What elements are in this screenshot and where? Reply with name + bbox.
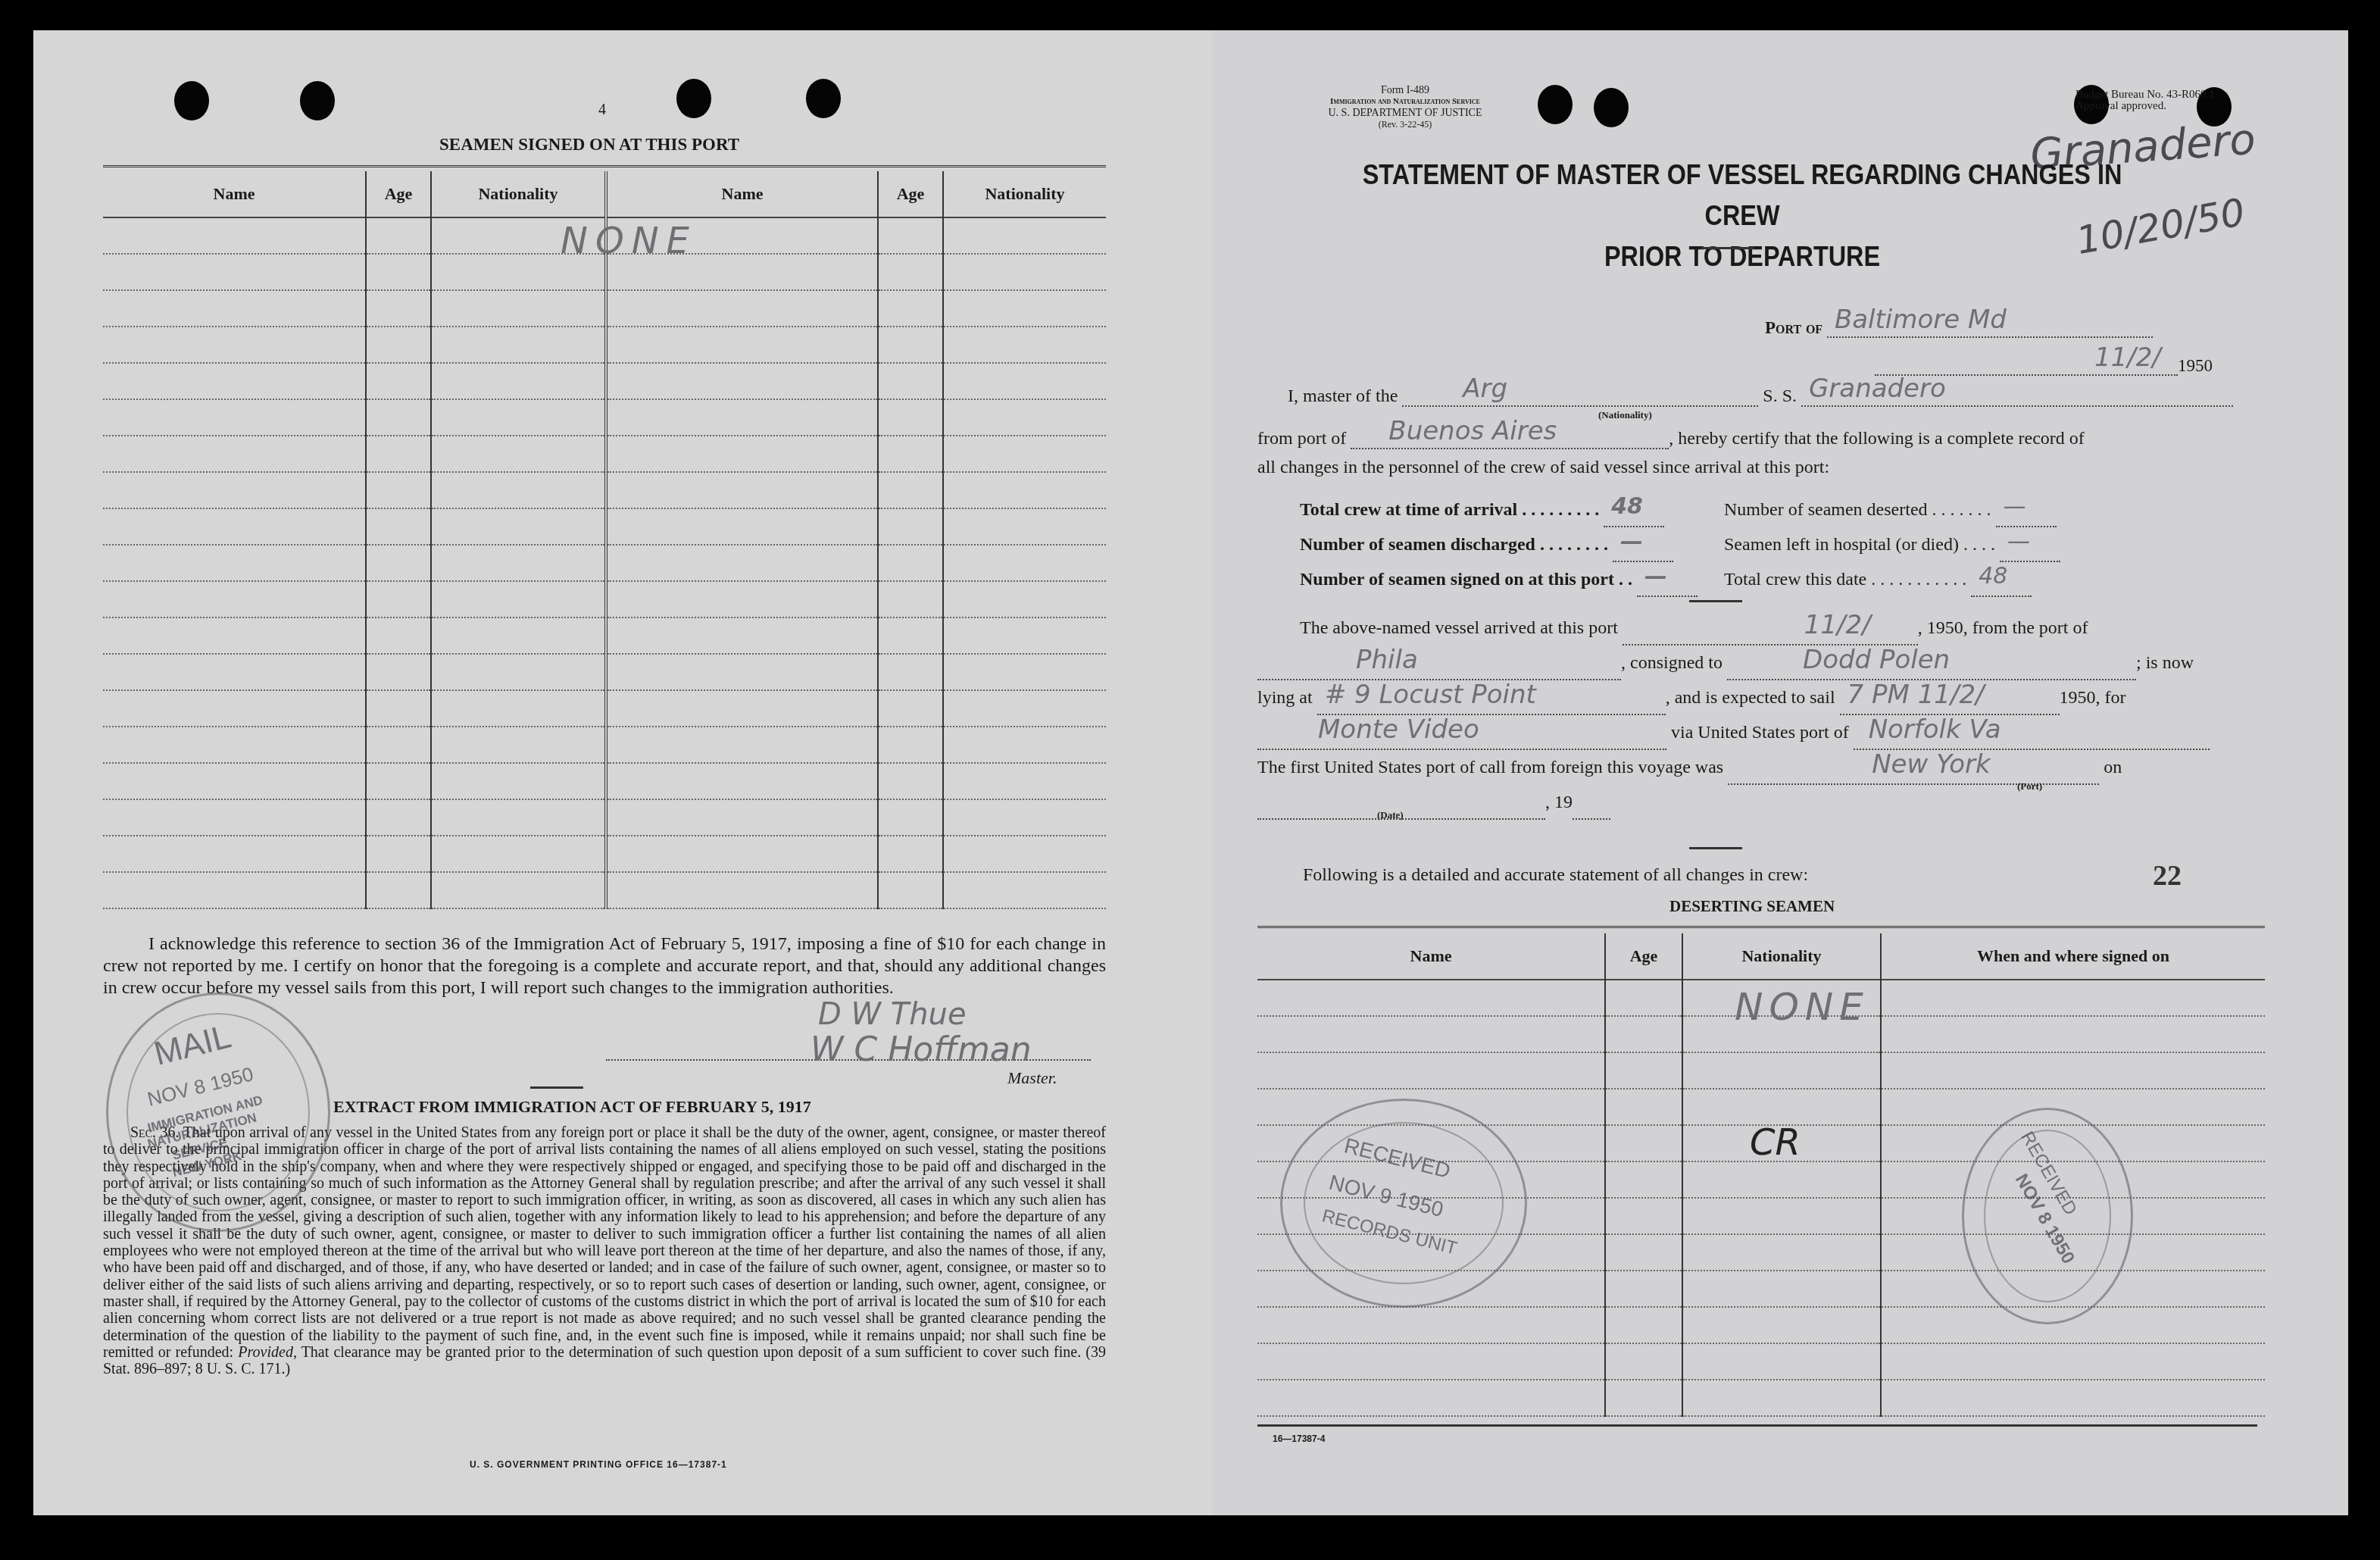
from-port-line: from port of Buenos Aires, hereby certif… — [1257, 429, 2085, 449]
table-row — [1257, 1380, 2265, 1416]
table-row — [103, 763, 1106, 799]
handwritten-none: NONE — [1735, 985, 1869, 1029]
sail-date-value: 7 PM 11/2/ — [1847, 677, 1985, 712]
table-cell[interactable] — [1682, 1234, 1881, 1271]
for-label: , for — [2096, 688, 2126, 708]
table-cell[interactable] — [878, 327, 943, 363]
table-row — [103, 508, 1106, 545]
table-cell[interactable] — [1257, 1016, 1605, 1052]
stat-label: Seamen left in hospital (or died) . . . … — [1724, 535, 1995, 555]
form-title-line1: STATEMENT OF MASTER OF VESSEL REGARDING … — [1326, 155, 2158, 236]
column-header-age: Age — [1605, 933, 1682, 980]
table-cell[interactable] — [366, 472, 431, 508]
budget-bureau: Budget Bureau No. 43-R060.1. Approval ap… — [2075, 89, 2217, 112]
following-text: Following is a detailed and accurate sta… — [1303, 865, 1808, 886]
table-cell[interactable] — [878, 581, 943, 617]
table-cell[interactable] — [1605, 1343, 1682, 1380]
table-cell[interactable] — [878, 290, 943, 327]
table-bottom-rule — [1257, 1424, 2257, 1427]
table-cell[interactable] — [431, 727, 606, 763]
budget-approval: Approval approved. — [2075, 101, 2217, 112]
crew-stats: Total crew at time of arrival . . . . . … — [1300, 492, 2262, 597]
deserting-seamen-title: DESERTING SEAMEN — [1669, 897, 1835, 916]
table-cell[interactable] — [878, 763, 943, 799]
table-cell[interactable] — [103, 217, 366, 254]
certify-text: , hereby certify that the following is a… — [1669, 429, 2084, 449]
table-cell[interactable] — [366, 654, 431, 690]
table-cell[interactable] — [878, 872, 943, 908]
table-cell[interactable] — [1682, 1052, 1881, 1089]
table-cell[interactable] — [878, 799, 943, 836]
table-cell[interactable] — [431, 690, 606, 727]
from-port-label: from port of — [1257, 429, 1346, 449]
table-cell[interactable] — [943, 763, 1106, 799]
stat-field: Total crew at time of arrival . . . . . … — [1300, 492, 1724, 527]
table-cell[interactable] — [366, 799, 431, 836]
table-cell[interactable] — [1682, 1089, 1881, 1125]
stat-label: Total crew at time of arrival . . . . . … — [1300, 500, 1599, 520]
table-cell[interactable] — [431, 799, 606, 836]
table-cell[interactable] — [431, 290, 606, 327]
table-cell[interactable] — [1605, 1271, 1682, 1307]
table-cell[interactable] — [366, 545, 431, 581]
table-cell[interactable] — [878, 363, 943, 399]
table-cell[interactable] — [606, 872, 878, 908]
from-port-value: Buenos Aires — [1388, 416, 1557, 446]
table-top-rule — [1257, 926, 2265, 928]
table-cell[interactable] — [366, 436, 431, 472]
table-row — [103, 545, 1106, 581]
table-cell[interactable] — [943, 217, 1106, 254]
table-cell[interactable] — [1257, 980, 1605, 1016]
arrival-section: The above-named vessel arrived at this p… — [1257, 611, 2265, 820]
table-cell[interactable] — [103, 436, 366, 472]
arrived-from-value: Phila — [1356, 642, 1418, 677]
table-cell[interactable] — [431, 836, 606, 872]
extract-title: EXTRACT FROM IMMIGRATION ACT OF FEBRUARY… — [333, 1097, 811, 1117]
via-label: via United States port of — [1671, 723, 1849, 742]
handwritten-initials: CR — [1750, 1121, 1801, 1164]
stat-field: Total crew this date . . . . . . . . . .… — [1724, 562, 2262, 597]
date-blank-suffix: , 19 — [1545, 793, 1573, 812]
table-row — [1257, 1307, 2265, 1343]
table-cell[interactable] — [431, 872, 606, 908]
table-row — [103, 581, 1106, 617]
table-cell[interactable] — [1881, 980, 2265, 1016]
table-row — [103, 472, 1106, 508]
consignee-value: Dodd Polen — [1803, 642, 1950, 677]
table-cell[interactable] — [943, 581, 1106, 617]
first-port-label: The first United States port of call fro… — [1257, 758, 1723, 777]
table-cell[interactable] — [606, 472, 878, 508]
column-header-name: Name — [606, 171, 878, 217]
table-row — [103, 327, 1106, 363]
stat-value: — — [2004, 489, 2026, 524]
section-title-signed-on: SEAMEN SIGNED ON AT THIS PORT — [439, 135, 739, 155]
table-cell[interactable] — [606, 436, 878, 472]
table-cell[interactable] — [878, 472, 943, 508]
table-cell[interactable] — [1682, 1307, 1881, 1343]
form-title: STATEMENT OF MASTER OF VESSEL REGARDING … — [1326, 155, 2158, 277]
acknowledgment-text: I acknowledge this reference to section … — [103, 933, 1106, 999]
table-cell[interactable] — [606, 327, 878, 363]
budget-number: Budget Bureau No. 43-R060.1. — [2075, 89, 2217, 101]
table-cell[interactable] — [878, 690, 943, 727]
received-stamp: RECEIVED NOV 8 1950 — [1962, 1108, 2133, 1324]
punch-hole — [300, 81, 335, 120]
is-now-label: ; is now — [2136, 653, 2194, 673]
first-port-input[interactable]: New York — [1728, 765, 2099, 785]
table-cell[interactable] — [103, 254, 366, 290]
stat-field: Number of seamen signed on at this port … — [1300, 562, 1724, 597]
date-value: 11/2/ — [2094, 342, 2161, 373]
table-cell[interactable] — [366, 617, 431, 654]
certify-text-2: all changes in the personnel of the crew… — [1257, 458, 1829, 478]
table-row — [103, 436, 1106, 472]
nationality-input[interactable]: Arg — [1402, 387, 1758, 407]
table-cell[interactable] — [103, 399, 366, 436]
table-cell[interactable] — [1881, 1016, 2265, 1052]
table-cell[interactable] — [943, 363, 1106, 399]
table-cell[interactable] — [1881, 1380, 2265, 1416]
table-cell[interactable] — [878, 545, 943, 581]
table-cell[interactable] — [1881, 1052, 2265, 1089]
table-cell[interactable] — [943, 290, 1106, 327]
table-row — [103, 727, 1106, 763]
table-cell[interactable] — [878, 436, 943, 472]
table-cell[interactable] — [366, 363, 431, 399]
printer-imprint: 16—17387-4 — [1273, 1433, 1325, 1444]
table-cell[interactable] — [606, 399, 878, 436]
table-cell[interactable] — [366, 508, 431, 545]
consigned-label: , consigned to — [1621, 653, 1723, 673]
table-cell[interactable] — [1682, 1380, 1881, 1416]
table-cell[interactable] — [606, 508, 878, 545]
form-title-line2: PRIOR TO DEPARTURE — [1326, 236, 2158, 277]
arrived-label: The above-named vessel arrived at this p… — [1300, 618, 1618, 638]
punch-hole — [1594, 88, 1629, 127]
stat-value: — — [1620, 524, 1643, 559]
signed-on-table: Name Age Nationality Name Age Nationalit… — [103, 171, 1106, 909]
stat-label: Number of seamen deserted . . . . . . . — [1724, 500, 1991, 520]
table-cell[interactable] — [431, 545, 606, 581]
table-cell[interactable] — [943, 327, 1106, 363]
from-the-port-label: , from the port of — [1963, 618, 2088, 638]
signature-agent: D W Thue — [818, 997, 967, 1032]
mail-received-stamp: MAIL NOV 8 1950 IMMIGRATION AND NATURALI… — [106, 993, 330, 1232]
arrival-date-value: 11/2/ — [1804, 608, 1871, 642]
table-cell[interactable] — [943, 399, 1106, 436]
column-header-signed-on: When and where signed on — [1881, 933, 2265, 980]
stat-label: Number of seamen signed on at this port … — [1300, 570, 1632, 589]
table-cell[interactable] — [943, 617, 1106, 654]
table-cell[interactable] — [366, 581, 431, 617]
handwritten-none: NONE — [561, 220, 697, 262]
table-cell[interactable] — [103, 799, 366, 836]
table-row — [103, 836, 1106, 872]
stat-input[interactable]: — — [2000, 542, 2060, 562]
table-cell[interactable] — [943, 836, 1106, 872]
table-cell[interactable] — [103, 508, 366, 545]
table-cell[interactable] — [1605, 1052, 1682, 1089]
table-cell[interactable] — [366, 763, 431, 799]
table-cell[interactable] — [1605, 1125, 1682, 1161]
table-cell[interactable] — [1682, 1271, 1881, 1307]
via-port-value: Norfolk Va — [1869, 712, 2001, 747]
table-cell[interactable] — [878, 727, 943, 763]
port-value: Baltimore Md — [1835, 305, 2007, 335]
stamped-number: 22 — [2153, 859, 2182, 893]
berth-value: # 9 Locust Point — [1325, 677, 1536, 712]
table-cell[interactable] — [1257, 1307, 1605, 1343]
table-cell[interactable] — [431, 472, 606, 508]
table-cell[interactable] — [431, 654, 606, 690]
table-cell[interactable] — [431, 617, 606, 654]
table-cell[interactable] — [366, 836, 431, 872]
table-cell[interactable] — [943, 690, 1106, 727]
on-label: on — [2104, 758, 2122, 777]
master-label: I, master of the — [1288, 386, 1398, 406]
sail-label: , and is expected to sail — [1666, 688, 1835, 708]
table-cell[interactable] — [366, 399, 431, 436]
table-row — [103, 690, 1106, 727]
table-cell[interactable] — [606, 545, 878, 581]
received-records-stamp: RECEIVED NOV 9 1950 RECORDS UNIT — [1280, 1099, 1527, 1308]
table-row — [103, 363, 1106, 399]
form-header: Form I-489 Immigration and Naturalizatio… — [1265, 85, 1545, 130]
table-cell[interactable] — [1605, 1380, 1682, 1416]
table-cell[interactable] — [1257, 1380, 1605, 1416]
stat-input[interactable]: 48 — [1971, 577, 2032, 597]
table-cell[interactable] — [1881, 1343, 2265, 1380]
table-cell[interactable] — [103, 763, 366, 799]
table-cell[interactable] — [431, 436, 606, 472]
column-header-name: Name — [1257, 933, 1605, 980]
nationality-value: Arg — [1463, 374, 1507, 404]
table-cell[interactable] — [878, 508, 943, 545]
table-cell[interactable] — [431, 363, 606, 399]
table-cell[interactable] — [103, 363, 366, 399]
table-cell[interactable] — [1605, 1198, 1682, 1234]
table-cell[interactable] — [943, 254, 1106, 290]
short-rule — [1689, 600, 1742, 602]
printer-imprint: U. S. GOVERNMENT PRINTING OFFICE 16—1738… — [470, 1459, 727, 1470]
stat-value: — — [1644, 559, 1667, 594]
vessel-name-input[interactable]: Granadero — [1801, 387, 2233, 407]
table-cell[interactable] — [878, 617, 943, 654]
table-cell[interactable] — [366, 254, 431, 290]
stat-value: — — [2007, 524, 2030, 559]
vessel-name-value: Granadero — [1809, 374, 1946, 404]
signature-label: Master. — [1007, 1068, 1057, 1088]
table-cell[interactable] — [1605, 1234, 1682, 1271]
table-row — [103, 617, 1106, 654]
column-header-name: Name — [103, 171, 366, 217]
table-cell[interactable] — [1605, 1161, 1682, 1198]
table-row — [103, 654, 1106, 690]
table-cell[interactable] — [943, 654, 1106, 690]
table-cell[interactable] — [103, 581, 366, 617]
table-cell[interactable] — [366, 690, 431, 727]
stat-field: Seamen left in hospital (or died) . . . … — [1724, 527, 2262, 562]
table-row — [1257, 1343, 2265, 1380]
master-line: I, master of the Arg S. S. Granadero — [1288, 386, 2233, 407]
table-cell[interactable] — [943, 872, 1106, 908]
column-header-nationality: Nationality — [943, 171, 1106, 217]
lying-label: lying at — [1257, 688, 1313, 708]
table-row — [103, 872, 1106, 908]
table-cell[interactable] — [366, 727, 431, 763]
punch-hole — [806, 79, 841, 118]
table-cell[interactable] — [606, 763, 878, 799]
port-of-field: Port of Baltimore Md — [1765, 318, 2153, 338]
port-input[interactable]: Baltimore Md — [1827, 318, 2153, 338]
agency-name: Immigration and Naturalization Service — [1265, 96, 1545, 108]
date-caption: (Date) — [1377, 809, 1404, 821]
table-cell[interactable] — [431, 581, 606, 617]
date-year: 1950 — [2178, 356, 2213, 375]
arrival-year: 1950 — [1927, 618, 1963, 638]
ss-label: S. S. — [1763, 386, 1797, 406]
table-cell[interactable] — [606, 799, 878, 836]
table-cell[interactable] — [878, 254, 943, 290]
table-cell[interactable] — [366, 327, 431, 363]
table-cell[interactable] — [943, 727, 1106, 763]
from-port-input[interactable]: Buenos Aires — [1351, 430, 1669, 449]
stat-label: Total crew this date . . . . . . . . . .… — [1724, 570, 1966, 589]
stat-field: Number of seamen discharged . . . . . . … — [1300, 527, 1724, 562]
table-cell[interactable] — [606, 617, 878, 654]
table-cell[interactable] — [1605, 980, 1682, 1016]
table-row — [1257, 1052, 2265, 1089]
punch-hole — [676, 79, 711, 118]
table-cell[interactable] — [431, 508, 606, 545]
table-cell[interactable] — [1257, 1343, 1605, 1380]
page-number: 4 — [598, 102, 606, 119]
column-header-nationality: Nationality — [1682, 933, 1881, 980]
stat-value: 48 — [1979, 559, 2007, 594]
table-cell[interactable] — [1682, 1343, 1881, 1380]
table-cell[interactable] — [366, 217, 431, 254]
column-header-nationality: Nationality — [431, 171, 606, 217]
table-row — [103, 399, 1106, 436]
table-cell[interactable] — [943, 508, 1106, 545]
destination-input[interactable]: Monte Video — [1257, 730, 1666, 750]
table-cell[interactable] — [878, 654, 943, 690]
form-number: Form I-489 — [1265, 85, 1545, 96]
table-cell[interactable] — [103, 836, 366, 872]
table-cell[interactable] — [103, 545, 366, 581]
port-caption: (Port) — [2017, 780, 2042, 793]
table-cell[interactable] — [606, 363, 878, 399]
table-cell[interactable] — [878, 399, 943, 436]
table-cell[interactable] — [878, 836, 943, 872]
punch-hole — [174, 81, 209, 120]
table-cell[interactable] — [1682, 1161, 1881, 1198]
column-header-age: Age — [366, 171, 431, 217]
short-rule — [1701, 247, 1754, 249]
column-header-age: Age — [878, 171, 943, 217]
table-cell[interactable] — [878, 217, 943, 254]
table-cell[interactable] — [606, 654, 878, 690]
table-cell[interactable] — [943, 436, 1106, 472]
short-rule — [530, 1086, 583, 1089]
table-cell[interactable] — [606, 836, 878, 872]
table-cell[interactable] — [103, 472, 366, 508]
table-cell[interactable] — [606, 581, 878, 617]
revision-date: (Rev. 3-22-45) — [1265, 119, 1545, 130]
table-row — [103, 290, 1106, 327]
table-cell[interactable] — [1257, 1052, 1605, 1089]
provided-term: Provided, — [238, 1344, 297, 1361]
table-cell[interactable] — [606, 290, 878, 327]
table-cell[interactable] — [103, 290, 366, 327]
department-name: U. S. DEPARTMENT OF JUSTICE — [1265, 108, 1545, 119]
first-port-value: New York — [1872, 747, 1990, 782]
nationality-caption: (Nationality) — [1598, 409, 1652, 421]
table-cell[interactable] — [1605, 1089, 1682, 1125]
sail-year: 1950 — [2060, 688, 2096, 708]
table-cell[interactable] — [1682, 1198, 1881, 1234]
table-cell[interactable] — [103, 872, 366, 908]
year-input[interactable] — [1573, 800, 1610, 820]
destination-value: Monte Video — [1318, 712, 1479, 747]
stat-field: Number of seamen deserted . . . . . . .— — [1724, 492, 2262, 527]
table-cell[interactable] — [431, 327, 606, 363]
stat-value: 48 — [1611, 489, 1643, 524]
table-row — [103, 799, 1106, 836]
table-cell[interactable] — [943, 545, 1106, 581]
table-cell[interactable] — [103, 617, 366, 654]
port-label: Port of — [1765, 318, 1822, 337]
table-cell[interactable] — [366, 872, 431, 908]
table-top-rule — [103, 165, 1106, 167]
table-cell[interactable] — [103, 690, 366, 727]
table-cell[interactable] — [103, 727, 366, 763]
table-cell[interactable] — [103, 654, 366, 690]
table-cell[interactable] — [943, 472, 1106, 508]
table-cell[interactable] — [943, 799, 1106, 836]
table-cell[interactable] — [1605, 1016, 1682, 1052]
table-cell[interactable] — [103, 327, 366, 363]
stat-label: Number of seamen discharged . . . . . . … — [1300, 535, 1608, 555]
table-cell[interactable] — [366, 290, 431, 327]
table-cell[interactable] — [606, 727, 878, 763]
table-cell[interactable] — [1605, 1307, 1682, 1343]
signature-master: W C Hoffman — [811, 1030, 1032, 1069]
short-rule — [1689, 847, 1742, 849]
stat-input[interactable]: — — [1637, 577, 1698, 597]
table-cell[interactable] — [431, 399, 606, 436]
table-cell[interactable] — [431, 763, 606, 799]
table-cell[interactable] — [606, 690, 878, 727]
